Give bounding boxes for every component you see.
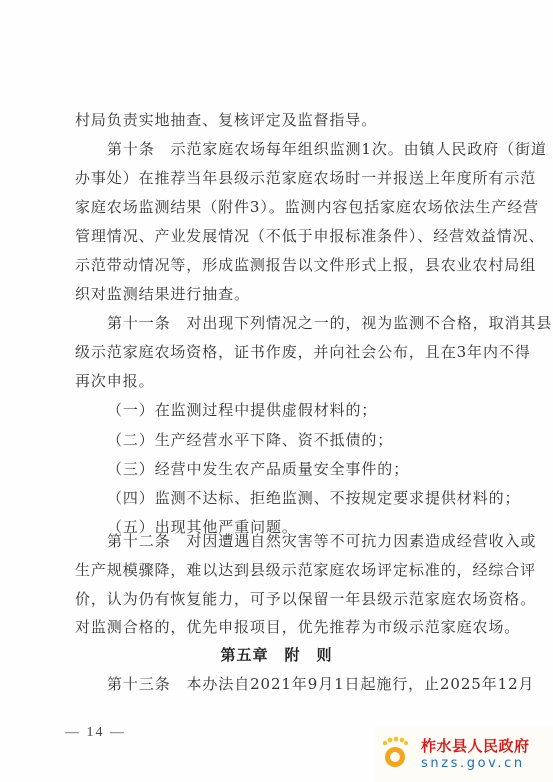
article-10-line: 家庭农场监测结果（附件3）。监测内容包括家庭农场依法生产经营 xyxy=(75,197,495,217)
site-url: snzs.gov.cn xyxy=(421,756,525,771)
article-12-end: 对监测合格的，优先申报项目，优先推荐为市级示范家庭农场。 xyxy=(75,617,495,637)
article-11-start: 第十一条 对出现下列情况之一的，视为监测不合格，取消其县 xyxy=(107,313,495,333)
article-10-end: 织对监测结果进行抽查。 xyxy=(75,284,495,304)
site-watermark: 柞水县人民政府 snzs.gov.cn xyxy=(375,727,553,782)
article-10-line: 示范带动情况等，形成监测报告以文件形式上报，县农业农村局组 xyxy=(75,255,495,275)
article-10-line: 管理情况、产业发展情况（不低于申报标准条件）、经营效益情况、 xyxy=(75,226,495,246)
page-number: — 14 — xyxy=(65,725,126,741)
article-12-line: 价，认为仍有恢复能力，可予以保留一年县级示范家庭农场资格。 xyxy=(75,589,495,609)
text-line-continuation: 村局负责实地抽查、复核评定及监督指导。 xyxy=(75,110,495,130)
article-11-line: 级示范家庭农场资格，证书作废，并向社会公布，且在3年内不得 xyxy=(75,342,495,362)
list-item-1: （一）在监测过程中提供虚假材料的； xyxy=(107,400,495,420)
article-11-end: 再次申报。 xyxy=(75,371,495,391)
sun-logo-icon xyxy=(381,735,409,771)
article-12-line: 生产规模骤降，难以达到县级示范家庭农场评定标准的，经综合评 xyxy=(75,560,495,580)
document-page: 村局负责实地抽查、复核评定及监督指导。 第十条 示范家庭农场每年组织监测1次。由… xyxy=(0,0,553,782)
list-item-3: （三）经营中发生农产品质量安全事件的； xyxy=(107,459,495,479)
article-10-line: 办事处）在推荐当年县级示范家庭农场时一并报送上年度所有示范 xyxy=(75,168,495,188)
site-name: 柞水县人民政府 xyxy=(421,735,530,756)
article-13-start: 第十三条 本办法自2021年9月1日起施行，止2025年12月 xyxy=(107,674,495,694)
chapter-title: 第五章 附 则 xyxy=(0,645,553,665)
list-item-2: （二）生产经营水平下降、资不抵债的； xyxy=(107,430,495,450)
article-12-start: 第十二条 对因遭遇自然灾害等不可抗力因素造成经营收入或 xyxy=(107,531,495,551)
list-item-4: （四）监测不达标、拒绝监测、不按规定要求提供材料的； xyxy=(107,488,495,508)
article-10-start: 第十条 示范家庭农场每年组织监测1次。由镇人民政府（街道 xyxy=(107,139,495,159)
